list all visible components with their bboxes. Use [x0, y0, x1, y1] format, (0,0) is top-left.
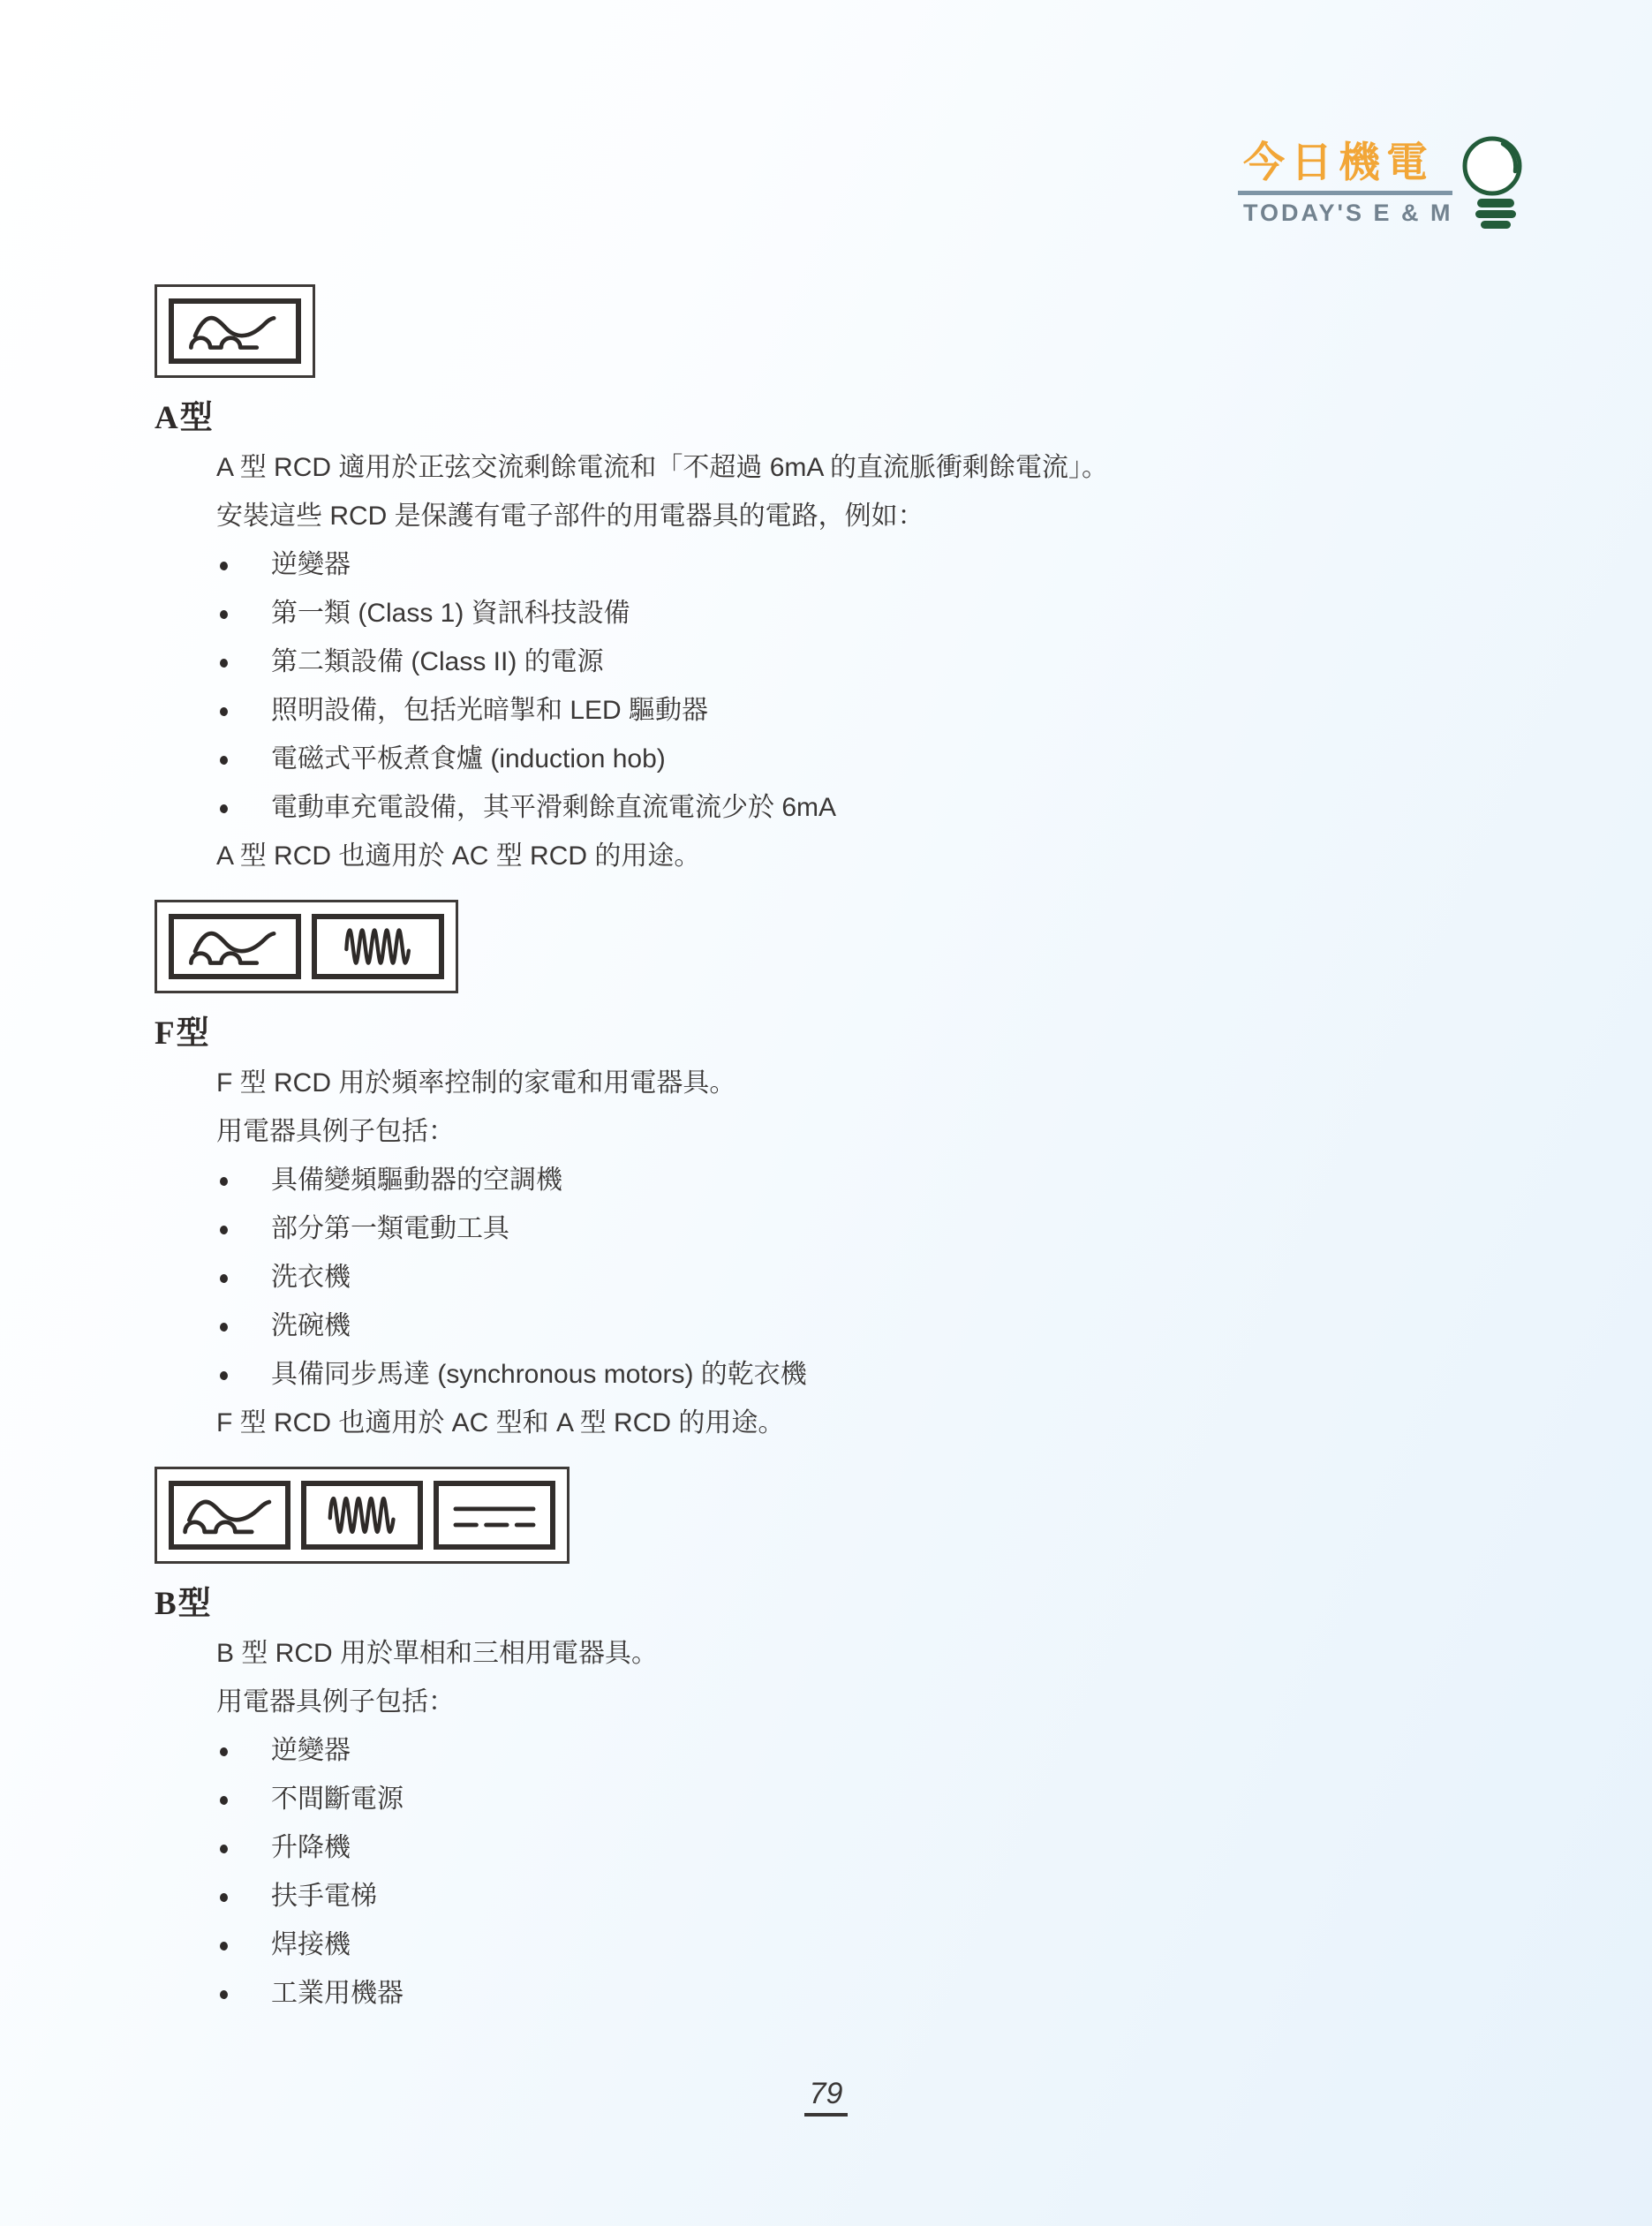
intro-line: 安裝這些 RCD 是保護有電子部件的用電器具的電路，例如： — [216, 492, 1426, 540]
type-a-intro: A 型 RCD 適用於正弦交流剩餘電流和「不超過 6mA 的直流脈衝剩餘電流」。… — [216, 443, 1426, 540]
sine-pulse-icon — [174, 919, 296, 974]
type-f-symbol-box — [155, 900, 458, 993]
list-item: 逆變器 — [216, 540, 1426, 589]
section-type-a: A型 A 型 RCD 適用於正弦交流剩餘電流和「不超過 6mA 的直流脈衝剩餘電… — [155, 284, 1426, 880]
type-b-bullet-list: 逆變器 不間斷電源 升降機 扶手電梯 焊接機 工業用機器 — [155, 1726, 1426, 2018]
logo-underline — [1238, 191, 1452, 195]
type-f-bullet-list: 具備變頻驅動器的空調機 部分第一類電動工具 洗衣機 洗碗機 具備同步馬達 (sy… — [155, 1156, 1426, 1399]
sine-pulse-icon — [174, 1486, 285, 1544]
type-a-closing: A 型 RCD 也適用於 AC 型 RCD 的用途。 — [216, 832, 1426, 880]
section-type-b: B型 B 型 RCD 用於單相和三相用電器具。 用電器具例子包括： 逆變器 不間… — [155, 1467, 1426, 2018]
list-item: 焊接機 — [216, 1920, 1426, 1969]
logo: 今日機電 TODAY'S E & M — [1238, 140, 1527, 233]
symbol-cell — [169, 298, 301, 364]
list-item: 扶手電梯 — [216, 1872, 1426, 1920]
list-item: 不間斷電源 — [216, 1775, 1426, 1823]
document-page: 今日機電 TODAY'S E & M A型 — [0, 0, 1652, 2226]
list-item: 照明設備，包括光暗掣和 LED 驅動器 — [216, 686, 1426, 735]
symbol-cell — [169, 1481, 290, 1550]
list-item: 洗碗機 — [216, 1302, 1426, 1350]
type-b-intro: B 型 RCD 用於單相和三相用電器具。 用電器具例子包括： — [216, 1629, 1426, 1726]
symbol-cell — [301, 1481, 423, 1550]
symbol-cell — [434, 1481, 555, 1550]
list-item: 第二類設備 (Class II) 的電源 — [216, 638, 1426, 686]
type-a-bullet-list: 逆變器 第一類 (Class 1) 資訊科技設備 第二類設備 (Class II… — [155, 540, 1426, 832]
lightbulb-icon — [1456, 134, 1527, 233]
symbol-cell — [169, 914, 301, 979]
logo-subtitle: TODAY'S E & M — [1238, 200, 1452, 227]
section-type-f: F型 F 型 RCD 用於頻率控制的家電和用電器具。 用電器具例子包括： 具備變… — [155, 900, 1426, 1447]
list-item: 電動車充電設備，其平滑剩餘直流電流少於 6mA — [216, 783, 1426, 832]
type-f-label: F型 — [155, 1006, 1426, 1053]
list-item: 具備同步馬達 (synchronous motors) 的乾衣機 — [216, 1350, 1426, 1399]
logo-title: 今日機電 — [1238, 140, 1452, 185]
type-f-closing: F 型 RCD 也適用於 AC 型和 A 型 RCD 的用途。 — [216, 1399, 1426, 1447]
intro-line: 用電器具例子包括： — [216, 1678, 1426, 1726]
list-item: 洗衣機 — [216, 1253, 1426, 1302]
high-frequency-icon — [317, 919, 439, 974]
type-b-label: B型 — [155, 1576, 1426, 1624]
list-item: 電磁式平板煮食爐 (induction hob) — [216, 735, 1426, 783]
type-a-symbol-box — [155, 284, 315, 378]
intro-line: A 型 RCD 適用於正弦交流剩餘電流和「不超過 6mA 的直流脈衝剩餘電流」。 — [216, 443, 1426, 492]
list-item: 具備變頻驅動器的空調機 — [216, 1156, 1426, 1204]
list-item: 升降機 — [216, 1823, 1426, 1872]
intro-line: 用電器具例子包括： — [216, 1107, 1426, 1156]
type-f-intro: F 型 RCD 用於頻率控制的家電和用電器具。 用電器具例子包括： — [216, 1059, 1426, 1156]
list-item: 工業用機器 — [216, 1969, 1426, 2018]
intro-line: B 型 RCD 用於單相和三相用電器具。 — [216, 1629, 1426, 1678]
sine-pulse-icon — [174, 304, 296, 358]
type-a-label: A型 — [155, 390, 1426, 438]
high-frequency-icon — [306, 1486, 418, 1544]
logo-text-block: 今日機電 TODAY'S E & M — [1238, 140, 1452, 227]
type-b-symbol-box — [155, 1467, 570, 1564]
symbol-cell — [312, 914, 444, 979]
list-item: 部分第一類電動工具 — [216, 1204, 1426, 1253]
document-content: A型 A 型 RCD 適用於正弦交流剩餘電流和「不超過 6mA 的直流脈衝剩餘電… — [155, 284, 1426, 2037]
page-number: 79 — [804, 2077, 849, 2117]
page-footer: 79 — [0, 2077, 1652, 2117]
direct-current-icon — [439, 1486, 550, 1544]
list-item: 逆變器 — [216, 1726, 1426, 1775]
list-item: 第一類 (Class 1) 資訊科技設備 — [216, 589, 1426, 638]
intro-line: F 型 RCD 用於頻率控制的家電和用電器具。 — [216, 1059, 1426, 1107]
